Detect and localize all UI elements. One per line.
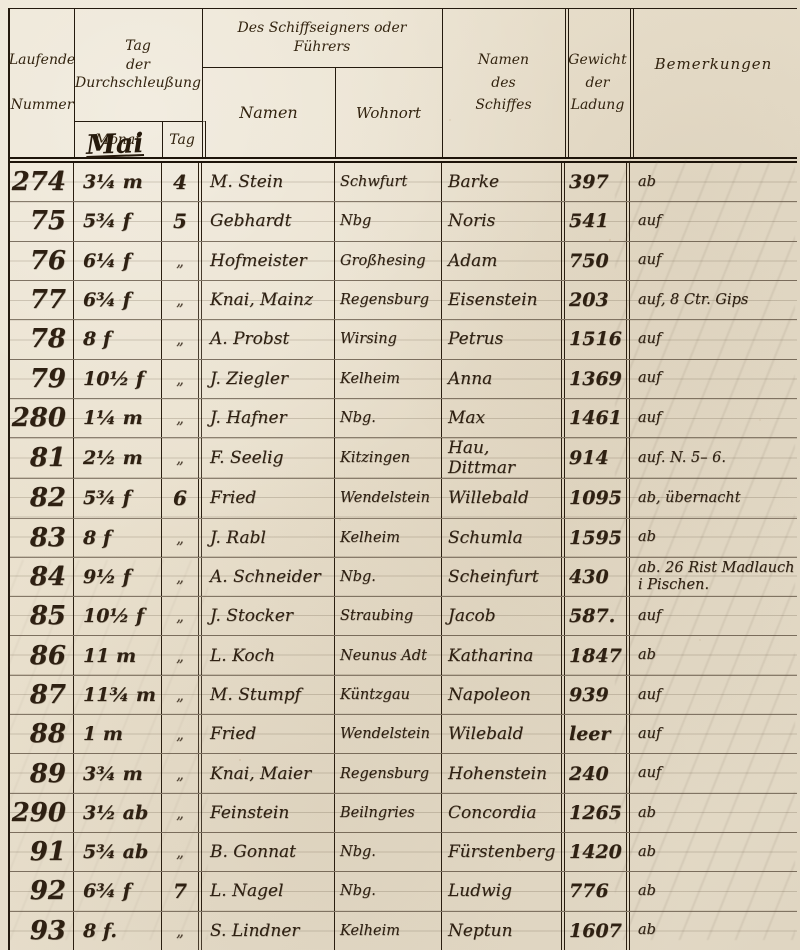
cell-wohnort: Nbg. <box>335 833 442 871</box>
cell-tag: 6 <box>162 479 202 517</box>
table-row: 881 m„FriedWendelsteinWilebaldleerauf <box>10 715 797 754</box>
cell-nr: 88 <box>10 715 74 753</box>
cell-monat: 8 f <box>74 320 162 358</box>
cell-gewicht: 750 <box>565 242 630 280</box>
header-laufende-nummer: Laufende Nummer <box>10 9 75 157</box>
cell-gewicht: 1095 <box>565 479 630 517</box>
cell-name: Fried <box>202 715 335 753</box>
cell-monat: 6¾ f <box>74 872 162 910</box>
cell-monat: 9½ f <box>74 558 162 596</box>
cell-bemerkung: ab <box>630 912 797 950</box>
cell-nr: 93 <box>10 912 74 950</box>
cell-gewicht: 240 <box>565 754 630 792</box>
cell-name: L. Nagel <box>202 872 335 910</box>
cell-gewicht: 914 <box>565 438 630 478</box>
cell-nr: 280 <box>10 399 74 437</box>
table-row: 812½ m„F. SeeligKitzingenHau, Dittmar914… <box>10 438 797 479</box>
ledger-table: Laufende Nummer Tag der Durchschleußung … <box>8 8 797 950</box>
cell-name: S. Lindner <box>202 912 335 950</box>
cell-tag: „ <box>162 320 202 358</box>
cell-nr: 91 <box>10 833 74 871</box>
cell-schiff: Jacob <box>442 597 565 635</box>
cell-monat: 10½ f <box>74 597 162 635</box>
cell-schiff: Hau, Dittmar <box>442 438 565 478</box>
cell-bemerkung: ab, übernacht <box>630 479 797 517</box>
table-row: 849½ f„A. SchneiderNbg.Scheinfurt430ab. … <box>10 558 797 597</box>
cell-schiff: Concordia <box>442 794 565 832</box>
cell-tag: „ <box>162 715 202 753</box>
cell-nr: 86 <box>10 636 74 674</box>
table-row: 926¾ f7L. NagelNbg.Ludwig776ab <box>10 872 797 911</box>
cell-name: J. Ziegler <box>202 360 335 398</box>
cell-gewicht: 1265 <box>565 794 630 832</box>
cell-nr: 76 <box>10 242 74 280</box>
cell-schiff: Petrus <box>442 320 565 358</box>
ledger-page: Laufende Nummer Tag der Durchschleußung … <box>0 0 800 950</box>
cell-monat: 8 f. <box>74 912 162 950</box>
cell-schiff: Neptun <box>442 912 565 950</box>
table-row: 2903½ ab„FeinsteinBeilngriesConcordia126… <box>10 794 797 833</box>
table-row: 755¾ f5GebhardtNbgNoris541auf <box>10 202 797 241</box>
header-bemerkungen: Bemerkungen <box>630 9 797 119</box>
cell-name: Knai, Maier <box>202 754 335 792</box>
cell-gewicht: 1607 <box>565 912 630 950</box>
cell-bemerkung: auf <box>630 242 797 280</box>
cell-nr: 79 <box>10 360 74 398</box>
table-row: 893¾ m„Knai, MaierRegensburgHohenstein24… <box>10 754 797 793</box>
cell-bemerkung: auf <box>630 360 797 398</box>
cell-bemerkung: ab <box>630 833 797 871</box>
cell-schiff: Noris <box>442 202 565 240</box>
cell-bemerkung: auf, 8 Ctr. Gips <box>630 281 797 319</box>
cell-tag: „ <box>162 519 202 557</box>
cell-schiff: Adam <box>442 242 565 280</box>
table-row: 915¾ ab„B. GonnatNbg.Fürstenberg1420ab <box>10 833 797 872</box>
cell-schiff: Katharina <box>442 636 565 674</box>
cell-tag: „ <box>162 794 202 832</box>
cell-wohnort: Regensburg <box>335 754 442 792</box>
cell-monat: 11¾ m <box>74 676 162 714</box>
cell-wohnort: Nbg. <box>335 399 442 437</box>
cell-monat: 2½ m <box>74 438 162 478</box>
table-row: 7910½ f„J. ZieglerKelheimAnna1369auf <box>10 360 797 399</box>
cell-gewicht: 1516 <box>565 320 630 358</box>
cell-name: Fried <box>202 479 335 517</box>
cell-bemerkung: auf. N. 5– 6. <box>630 438 797 478</box>
table-row: 8611 m„L. KochNeunus AdtKatharina1847ab <box>10 636 797 675</box>
cell-tag: „ <box>162 676 202 714</box>
cell-nr: 78 <box>10 320 74 358</box>
cell-monat: 5¾ f <box>74 479 162 517</box>
cell-tag: 7 <box>162 872 202 910</box>
cell-gewicht: 1847 <box>565 636 630 674</box>
cell-name: F. Seelig <box>202 438 335 478</box>
cell-gewicht: 541 <box>565 202 630 240</box>
header-tag-der-durchschleusung: Tag der Durchschleußung <box>74 9 203 121</box>
cell-monat: 1 m <box>74 715 162 753</box>
cell-monat: 11 m <box>74 636 162 674</box>
cell-name: J. Hafner <box>202 399 335 437</box>
cell-monat: 6¾ f <box>74 281 162 319</box>
cell-nr: 290 <box>10 794 74 832</box>
cell-nr: 89 <box>10 754 74 792</box>
cell-tag: „ <box>162 912 202 950</box>
cell-nr: 83 <box>10 519 74 557</box>
cell-bemerkung: auf <box>630 676 797 714</box>
cell-wohnort: Schwfurt <box>335 163 442 201</box>
cell-name: Gebhardt <box>202 202 335 240</box>
cell-name: M. Stumpf <box>202 676 335 714</box>
header-gewicht-der-ladung: Gewicht der Ladung <box>565 9 634 157</box>
cell-schiff: Schumla <box>442 519 565 557</box>
cell-monat: 5¾ f <box>74 202 162 240</box>
cell-tag: „ <box>162 438 202 478</box>
cell-bemerkung: ab <box>630 794 797 832</box>
cell-name: A. Probst <box>202 320 335 358</box>
cell-nr: 75 <box>10 202 74 240</box>
table-row: 838 f„J. RablKelheimSchumla1595ab <box>10 519 797 558</box>
cell-wohnort: Nbg. <box>335 558 442 596</box>
cell-monat: 8 f <box>74 519 162 557</box>
cell-name: J. Rabl <box>202 519 335 557</box>
cell-schiff: Willebald <box>442 479 565 517</box>
cell-bemerkung: ab <box>630 636 797 674</box>
cell-monat: 10½ f <box>74 360 162 398</box>
cell-gewicht: 587. <box>565 597 630 635</box>
cell-gewicht: 1369 <box>565 360 630 398</box>
cell-tag: 5 <box>162 202 202 240</box>
header-namen: Namen <box>202 67 336 158</box>
cell-gewicht: leer <box>565 715 630 753</box>
cell-gewicht: 203 <box>565 281 630 319</box>
cell-name: Hofmeister <box>202 242 335 280</box>
cell-bemerkung: ab. 26 Rist Madlauch i Pischen. <box>630 558 797 596</box>
cell-tag: „ <box>162 281 202 319</box>
cell-tag: „ <box>162 597 202 635</box>
cell-schiff: Scheinfurt <box>442 558 565 596</box>
cell-nr: 84 <box>10 558 74 596</box>
cell-wohnort: Wendelstein <box>335 715 442 753</box>
cell-name: Feinstein <box>202 794 335 832</box>
cell-bemerkung: auf <box>630 320 797 358</box>
cell-schiff: Hohenstein <box>442 754 565 792</box>
cell-tag: „ <box>162 558 202 596</box>
cell-schiff: Anna <box>442 360 565 398</box>
cell-wohnort: Kelheim <box>335 519 442 557</box>
header-namen-des-schiffes: Namen des Schiffes <box>442 9 569 157</box>
cell-name: A. Schneider <box>202 558 335 596</box>
cell-bemerkung: ab <box>630 872 797 910</box>
table-row: 2801¼ m„J. HafnerNbg.Max1461auf <box>10 399 797 438</box>
cell-monat: 6¼ f <box>74 242 162 280</box>
cell-name: Knai, Mainz <box>202 281 335 319</box>
cell-tag: „ <box>162 242 202 280</box>
table-row: 8510½ f„J. StockerStraubingJacob587.auf <box>10 597 797 636</box>
cell-monat: 3½ ab <box>74 794 162 832</box>
cell-name: J. Stocker <box>202 597 335 635</box>
cell-schiff: Eisenstein <box>442 281 565 319</box>
header-schiffseigner-gruppe: Des Schiffseigners oder Führers <box>202 9 443 67</box>
cell-monat: 1¼ m <box>74 399 162 437</box>
table-rows: 2743¼ m4M. SteinSchwfurtBarke397ab755¾ f… <box>10 163 797 950</box>
cell-wohnort: Küntzgau <box>335 676 442 714</box>
cell-wohnort: Beilngries <box>335 794 442 832</box>
cell-bemerkung: auf <box>630 202 797 240</box>
cell-wohnort: Regensburg <box>335 281 442 319</box>
cell-nr: 85 <box>10 597 74 635</box>
cell-wohnort: Kelheim <box>335 360 442 398</box>
table-row: 8711¾ m„M. StumpfKüntzgauNapoleon939auf <box>10 676 797 715</box>
cell-nr: 92 <box>10 872 74 910</box>
cell-wohnort: Kelheim <box>335 912 442 950</box>
cell-wohnort: Kitzingen <box>335 438 442 478</box>
table-row: 788 f„A. ProbstWirsingPetrus1516auf <box>10 320 797 359</box>
cell-tag: „ <box>162 636 202 674</box>
cell-nr: 87 <box>10 676 74 714</box>
cell-bemerkung: auf <box>630 715 797 753</box>
cell-nr: 82 <box>10 479 74 517</box>
cell-wohnort: Wirsing <box>335 320 442 358</box>
cell-tag: „ <box>162 360 202 398</box>
cell-wohnort: Großhesing <box>335 242 442 280</box>
cell-tag: „ <box>162 754 202 792</box>
cell-schiff: Napoleon <box>442 676 565 714</box>
cell-gewicht: 1420 <box>565 833 630 871</box>
table-row: 766¼ f„HofmeisterGroßhesingAdam750auf <box>10 242 797 281</box>
table-row: 825¾ f6FriedWendelsteinWillebald1095ab, … <box>10 479 797 518</box>
cell-wohnort: Wendelstein <box>335 479 442 517</box>
header-tag: Tag <box>162 121 206 158</box>
cell-gewicht: 939 <box>565 676 630 714</box>
header-wohnort: Wohnort <box>335 67 443 158</box>
cell-schiff: Ludwig <box>442 872 565 910</box>
cell-gewicht: 1461 <box>565 399 630 437</box>
table-row: 938 f.„S. LindnerKelheimNeptun1607ab <box>10 912 797 950</box>
cell-name: B. Gonnat <box>202 833 335 871</box>
cell-schiff: Max <box>442 399 565 437</box>
cell-bemerkung: auf <box>630 754 797 792</box>
cell-name: M. Stein <box>202 163 335 201</box>
cell-nr: 77 <box>10 281 74 319</box>
cell-wohnort: Neunus Adt <box>335 636 442 674</box>
cell-nr: 274 <box>10 163 74 201</box>
cell-monat: 5¾ ab <box>74 833 162 871</box>
cell-name: L. Koch <box>202 636 335 674</box>
table-row: 776¾ f„Knai, MainzRegensburgEisenstein20… <box>10 281 797 320</box>
table-row: 2743¼ m4M. SteinSchwfurtBarke397ab <box>10 163 797 202</box>
cell-tag: „ <box>162 833 202 871</box>
cell-nr: 81 <box>10 438 74 478</box>
cell-schiff: Barke <box>442 163 565 201</box>
cell-gewicht: 430 <box>565 558 630 596</box>
cell-bemerkung: ab <box>630 163 797 201</box>
cell-monat: 3¾ m <box>74 754 162 792</box>
month-label: Mai <box>85 128 144 161</box>
cell-bemerkung: auf <box>630 597 797 635</box>
cell-schiff: Wilebald <box>442 715 565 753</box>
cell-wohnort: Straubing <box>335 597 442 635</box>
cell-schiff: Fürstenberg <box>442 833 565 871</box>
cell-gewicht: 776 <box>565 872 630 910</box>
cell-wohnort: Nbg <box>335 202 442 240</box>
cell-wohnort: Nbg. <box>335 872 442 910</box>
cell-bemerkung: ab <box>630 519 797 557</box>
cell-tag: „ <box>162 399 202 437</box>
cell-gewicht: 1595 <box>565 519 630 557</box>
cell-tag: 4 <box>162 163 202 201</box>
cell-bemerkung: auf <box>630 399 797 437</box>
cell-monat: 3¼ m <box>74 163 162 201</box>
cell-gewicht: 397 <box>565 163 630 201</box>
